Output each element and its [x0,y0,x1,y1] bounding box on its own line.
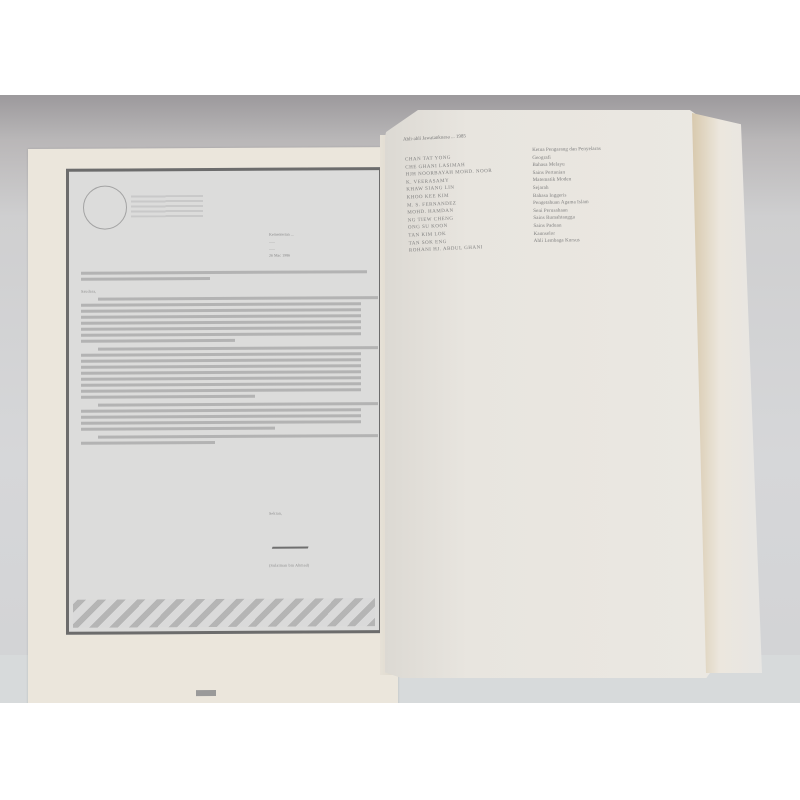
page-number [196,690,216,696]
paragraph [81,434,367,444]
paragraphs [81,296,367,444]
address-block: Kementerian ... ...... ...... 26 Mac 198… [269,230,369,259]
signature [272,536,312,548]
signatory-name: (Sulaiman bin Ahmad) [269,562,309,568]
paragraph [81,296,367,342]
subject-line [81,270,367,280]
paragraph [81,402,367,430]
airmail-stripes [73,598,375,628]
letter-date: 26 Mac 1986 [269,251,369,259]
crest-icon [83,185,127,229]
closing-block: Sekian, [269,510,369,517]
letterhead [131,195,203,217]
book-photo: Kementerian ... ...... ...... 26 Mac 198… [0,95,800,703]
greeting: Saudara, [81,287,367,294]
list-heading: Ahli-ahli Jawatankuasa ... 1985 [403,134,466,142]
letter-reproduction: Kementerian ... ...... ...... 26 Mac 198… [66,167,383,635]
name-column: CHAN TAT YONGCHE GHANI LASIMAHHJH NOORBA… [405,151,529,255]
letter-body: Saudara, [81,270,367,449]
closing: Sekian, [269,510,369,517]
entry-role: Ahli Lembaga Kursus [534,236,654,246]
paragraph [81,346,367,398]
left-page: Kementerian ... ...... ...... 26 Mac 198… [28,147,398,703]
role-column: Ketua Pengarang dan PenyelarasGeografiBa… [532,145,654,246]
